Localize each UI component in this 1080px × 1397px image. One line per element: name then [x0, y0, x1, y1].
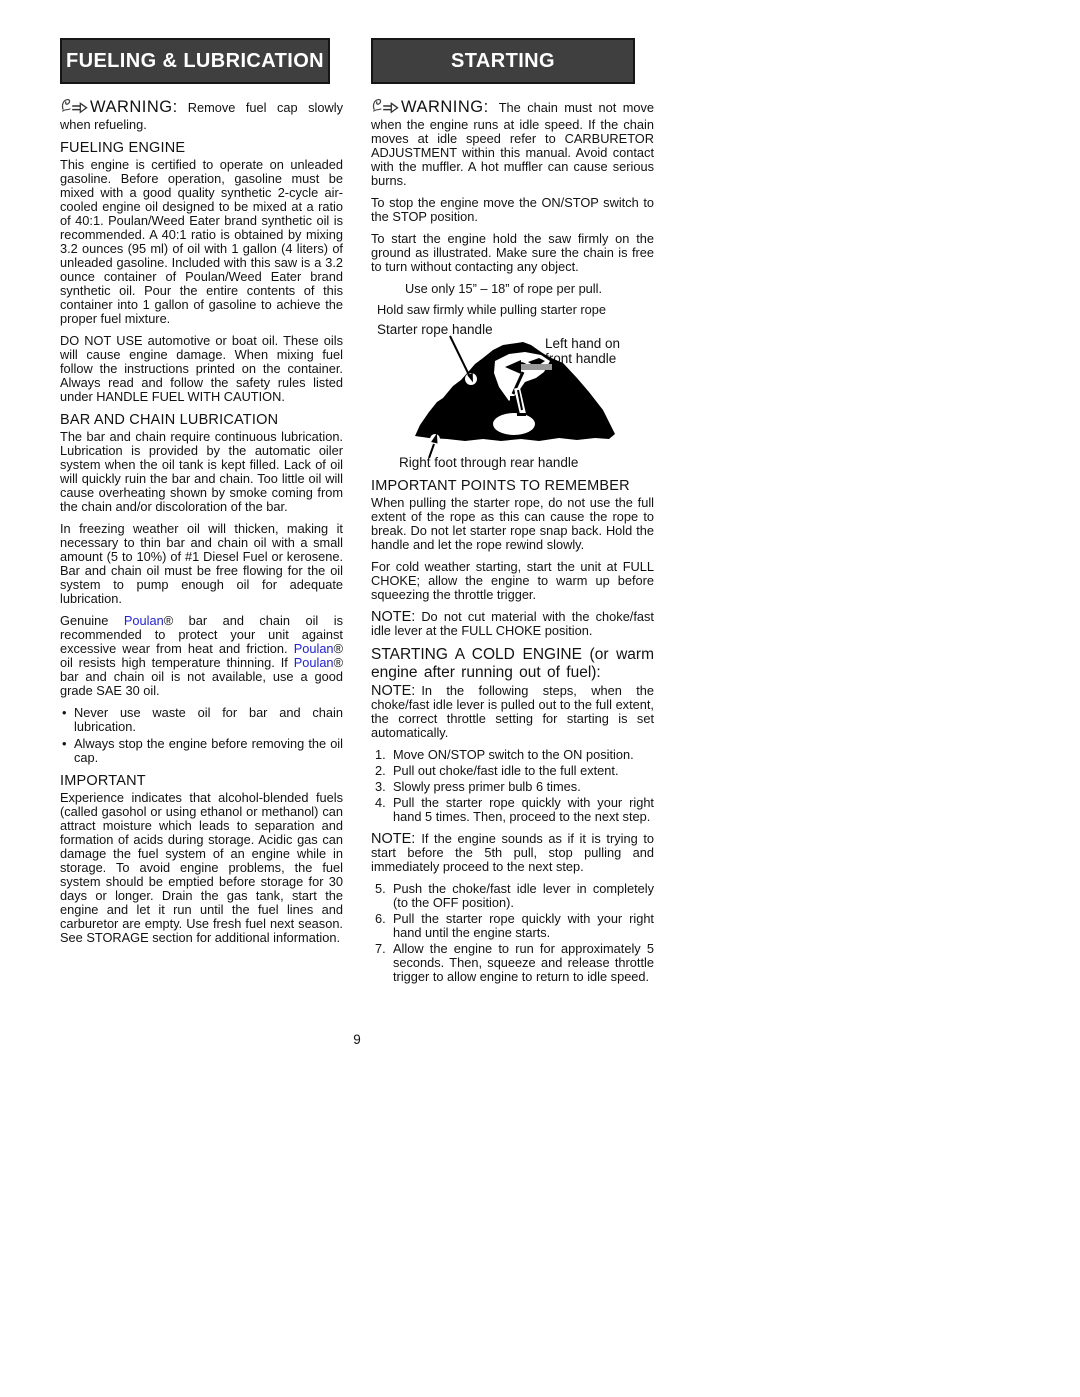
warning-label: WARNING:	[90, 98, 178, 116]
step-item: 3.Slowly press primer bulb 6 times.	[371, 780, 654, 794]
column-starting: STARTING WARNING:The chain must not move…	[371, 38, 654, 992]
cold-weather-paragraph: For cold weather starting, start the uni…	[371, 560, 654, 602]
page-content: FUELING & LUBRICATION WARNING:Remove fue…	[60, 38, 654, 992]
starting-position-figure: Starter rope handle Left hand on front h…	[371, 322, 654, 472]
list-item: Always stop the engine before removing t…	[60, 737, 343, 765]
heading-fueling-engine: FUELING ENGINE	[60, 140, 343, 156]
step-number: 5.	[375, 882, 386, 896]
step-item: 4.Pull the starter rope quickly with you…	[371, 796, 654, 824]
page-number: 9	[60, 1032, 654, 1047]
note-fifth-pull: NOTE:If the engine sounds as if it is tr…	[371, 832, 654, 874]
figure-label-starter-rope-handle: Starter rope handle	[377, 322, 493, 337]
warning-icon	[60, 97, 88, 118]
step-text: Push the choke/fast idle lever in comple…	[393, 881, 654, 910]
start-engine-paragraph: To start the engine hold the saw firmly …	[371, 232, 654, 274]
step-item: 6.Pull the starter rope quickly with you…	[371, 912, 654, 940]
heading-starting-cold-engine: STARTING A COLD ENGINE (or warm engine a…	[371, 646, 654, 681]
text-segment: Genuine	[60, 613, 124, 628]
starting-steps-5-7: 5.Push the choke/fast idle lever in comp…	[371, 882, 654, 984]
heading-important-points: IMPORTANT POINTS TO REMEMBER	[371, 478, 654, 494]
section-header-starting: STARTING	[371, 38, 635, 84]
brand-name-poulan: Poulan	[294, 655, 334, 670]
freezing-weather-paragraph: In freezing weather oil will thicken, ma…	[60, 522, 343, 606]
step-item: 5.Push the choke/fast idle lever in comp…	[371, 882, 654, 910]
step-number: 2.	[375, 764, 386, 778]
step-number: 1.	[375, 748, 386, 762]
fueling-engine-paragraph: This engine is certified to operate on u…	[60, 158, 343, 326]
starter-rope-points-paragraph: When pulling the starter rope, do not us…	[371, 496, 654, 552]
step-text: Slowly press primer bulb 6 times.	[393, 779, 581, 794]
chainsaw-start-illustration	[371, 322, 654, 472]
brand-name-poulan: Poulan	[294, 641, 334, 656]
step-text: Pull out choke/fast idle to the full ext…	[393, 763, 619, 778]
chain-idle-warning: WARNING:The chain must not move when the…	[371, 97, 654, 188]
step-number: 4.	[375, 796, 386, 810]
step-number: 3.	[375, 780, 386, 794]
oil-safety-bullets: Never use waste oil for bar and chain lu…	[60, 706, 343, 765]
step-text: Pull the starter rope quickly with your …	[393, 795, 654, 824]
step-text: Pull the starter rope quickly with your …	[393, 911, 654, 940]
brand-name-poulan: Poulan	[124, 613, 164, 628]
heading-important: IMPORTANT	[60, 773, 343, 789]
figure-label-right-foot: Right foot through rear handle	[399, 455, 578, 470]
bar-chain-paragraph: The bar and chain require continuous lub…	[60, 430, 343, 514]
list-item: Never use waste oil for bar and chain lu…	[60, 706, 343, 734]
warning-icon	[371, 97, 399, 118]
do-not-use-paragraph: DO NOT USE automotive or boat oil. These…	[60, 334, 343, 404]
note-full-choke: NOTE:Do not cut material with the choke/…	[371, 610, 654, 638]
warning-label: WARNING:	[401, 98, 489, 116]
hold-saw-note: Hold saw firmly while pulling starter ro…	[371, 303, 654, 317]
step-item: 1.Move ON/STOP switch to the ON position…	[371, 748, 654, 762]
step-text: Move ON/STOP switch to the ON position.	[393, 747, 634, 762]
section-header-fueling: FUELING & LUBRICATION	[60, 38, 330, 84]
manual-page: FUELING & LUBRICATION WARNING:Remove fue…	[0, 0, 1080, 1397]
genuine-oil-paragraph: Genuine Poulan® bar and chain oil is rec…	[60, 614, 343, 698]
rope-length-note: Use only 15” – 18” of rope per pull.	[371, 282, 654, 296]
column-fueling-lubrication: FUELING & LUBRICATION WARNING:Remove fue…	[60, 38, 343, 992]
note-choke-lever: NOTE:In the following steps, when the ch…	[371, 684, 654, 740]
important-paragraph: Experience indicates that alcohol-blende…	[60, 791, 343, 945]
stop-engine-paragraph: To stop the engine move the ON/STOP swit…	[371, 196, 654, 224]
step-number: 6.	[375, 912, 386, 926]
step-number: 7.	[375, 942, 386, 956]
step-item: 7.Allow the engine to run for approximat…	[371, 942, 654, 984]
fuel-cap-warning: WARNING:Remove fuel cap slowly when refu…	[60, 97, 343, 132]
step-item: 2.Pull out choke/fast idle to the full e…	[371, 764, 654, 778]
starting-steps-1-4: 1.Move ON/STOP switch to the ON position…	[371, 748, 654, 824]
heading-bar-chain-lubrication: BAR AND CHAIN LUBRICATION	[60, 412, 343, 428]
step-text: Allow the engine to run for approximatel…	[393, 941, 654, 984]
